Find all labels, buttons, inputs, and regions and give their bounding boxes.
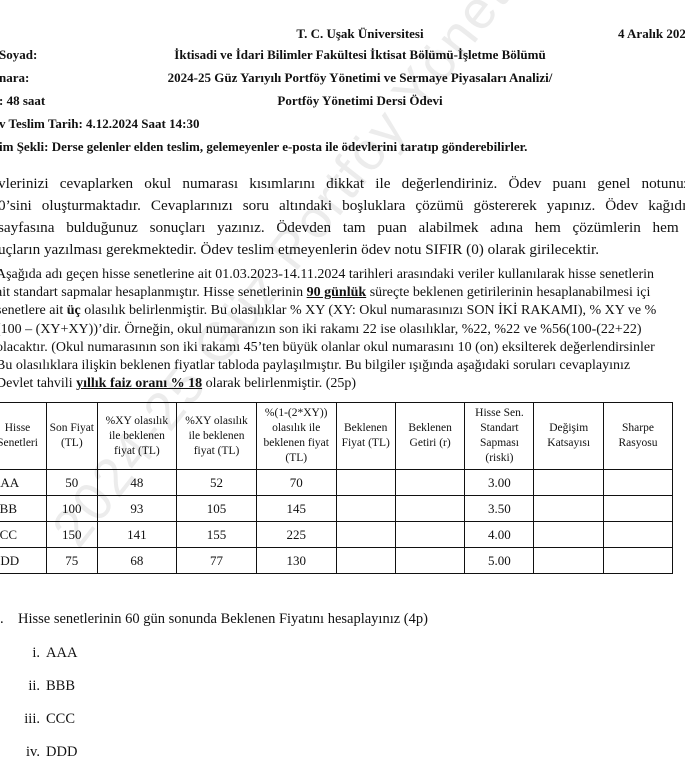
answer-item: iv.DDD [0,744,77,761]
stock-name-cell: DDD [0,548,47,574]
column-header: Son Fiyat (TL) [47,403,98,470]
column-header: Hisse Sen. Standart Sapması (riski) [465,403,534,470]
document-date: 4 Aralık 202 [618,26,685,42]
table-header-row: Hisse Senetleri Son Fiyat (TL) %XY olası… [0,403,673,470]
duration-label: : 48 saat [0,93,45,109]
university-name: T. C. Uşak Üniversitesi [150,26,570,42]
answer-item: iii.CCC [0,711,75,728]
table-row: CCC1501411552254.00 [0,522,673,548]
value-cell: 70 [256,470,336,496]
question-text: Hisse senetlerinin 60 gün sonunda Beklen… [18,611,428,628]
empty-answer-cell [603,548,672,574]
empty-answer-cell [395,548,465,574]
problem-line: senetlere ait üç olasılık belirlenmiştir… [0,302,685,320]
value-cell: 105 [177,496,257,522]
problem-statement: Aşağıda adı geçen hisse senetlerine ait … [0,266,685,393]
answer-item: i.AAA [0,645,77,662]
empty-answer-cell [336,470,395,496]
value-cell: 52 [177,470,257,496]
problem-line: olacaktır. (Okul numarasının son iki rak… [0,339,685,357]
number-label: nara: [0,70,29,86]
instructions-line: uçların yazılması gerekmektedir. Ödev te… [0,239,685,261]
empty-answer-cell [395,496,465,522]
empty-answer-cell [395,470,465,496]
value-cell: 145 [256,496,336,522]
empty-answer-cell [534,470,604,496]
value-cell: 3.50 [465,496,534,522]
table-row: DDD7568771305.00 [0,548,673,574]
value-cell: 5.00 [465,548,534,574]
value-cell: 225 [256,522,336,548]
delivery-method: im Şekli: Derse gelenler elden teslim, g… [0,139,527,155]
emphasis-interest-rate: yıllık faiz oranı % 18 [76,376,202,391]
value-cell: 68 [97,548,177,574]
empty-answer-cell [603,470,672,496]
item-numeral: i. [0,645,40,662]
table-row: BBB100931051453.50 [0,496,673,522]
item-numeral: iii. [0,711,40,728]
column-header: %(1-(2*XY)) olasılık ile beklenen fiyat … [256,403,336,470]
question-number: . [0,611,4,628]
item-label: BBB [46,678,75,694]
value-cell: 155 [177,522,257,548]
stock-name-cell: BBB [0,496,47,522]
empty-answer-cell [534,496,604,522]
value-cell: 150 [47,522,98,548]
value-cell: 50 [47,470,98,496]
faculty-name: İktisadi ve İdari Bilimler Fakültesi İkt… [150,47,570,63]
empty-answer-cell [336,496,395,522]
column-header: %XY olasılık ile beklenen fiyat (TL) [177,403,257,470]
value-cell: 77 [177,548,257,574]
empty-answer-cell [336,522,395,548]
value-cell: 141 [97,522,177,548]
item-label: AAA [46,645,77,661]
deadline-label: v Teslim Tarih: 4.12.2024 Saat 14:30 [0,116,199,132]
course-title-line1: 2024-25 Güz Yarıyılı Portföy Yönetimi ve… [150,70,570,86]
empty-answer-cell [534,522,604,548]
instructions-paragraph: vlerinizi cevaplarken okul numarası kısı… [0,173,685,261]
value-cell: 130 [256,548,336,574]
column-header: Beklenen Fiyat (TL) [336,403,395,470]
value-cell: 93 [97,496,177,522]
emphasis-90-days: 90 günlük [307,285,367,300]
item-numeral: iv. [0,744,40,761]
stock-data-table: Hisse Senetleri Son Fiyat (TL) %XY olası… [0,402,673,574]
item-numeral: ii. [0,678,40,695]
column-header: Beklenen Getiri (r) [395,403,465,470]
column-header: Sharpe Rasyosu [603,403,672,470]
instructions-line: vlerinizi cevaplarken okul numarası kısı… [0,173,685,195]
problem-line: ait standart sapmalar hesaplanmıştır. Hi… [0,284,685,302]
problem-line: Devlet tahvili yıllık faiz oranı % 18 ol… [0,375,685,393]
value-cell: 75 [47,548,98,574]
value-cell: 100 [47,496,98,522]
stock-name-cell: CCC [0,522,47,548]
name-label: Soyad: [0,47,37,63]
empty-answer-cell [534,548,604,574]
empty-answer-cell [395,522,465,548]
document-page: 2024-25 Güz Portföy Yönetimi Quiz Ya T. … [0,0,685,770]
item-label: DDD [46,744,77,760]
answer-item: ii.BBB [0,678,75,695]
instructions-line: sayfasına bulduğunuz sonuçları yazınız. … [0,217,685,239]
problem-line: Aşağıda adı geçen hisse senetlerine ait … [0,266,685,284]
value-cell: 4.00 [465,522,534,548]
table-row: AAA504852703.00 [0,470,673,496]
empty-answer-cell [336,548,395,574]
value-cell: 48 [97,470,177,496]
course-title-line2: Portföy Yönetimi Dersi Ödevi [150,93,570,109]
instructions-line: 0’sini oluşturmaktadır. Cevaplarınızı so… [0,195,685,217]
empty-answer-cell [603,496,672,522]
column-header: Değişim Katsayısı [534,403,604,470]
problem-line: (100 – (XY+XY))’dir. Örneğin, okul numar… [0,321,685,339]
empty-answer-cell [603,522,672,548]
column-header: %XY olasılık ile beklenen fiyat (TL) [97,403,177,470]
problem-line: Bu olasılıklara ilişkin beklenen fiyatla… [0,357,685,375]
stock-name-cell: AAA [0,470,47,496]
emphasis-three: üç [67,303,81,318]
item-label: CCC [46,711,75,727]
value-cell: 3.00 [465,470,534,496]
column-header: Hisse Senetleri [0,403,47,470]
